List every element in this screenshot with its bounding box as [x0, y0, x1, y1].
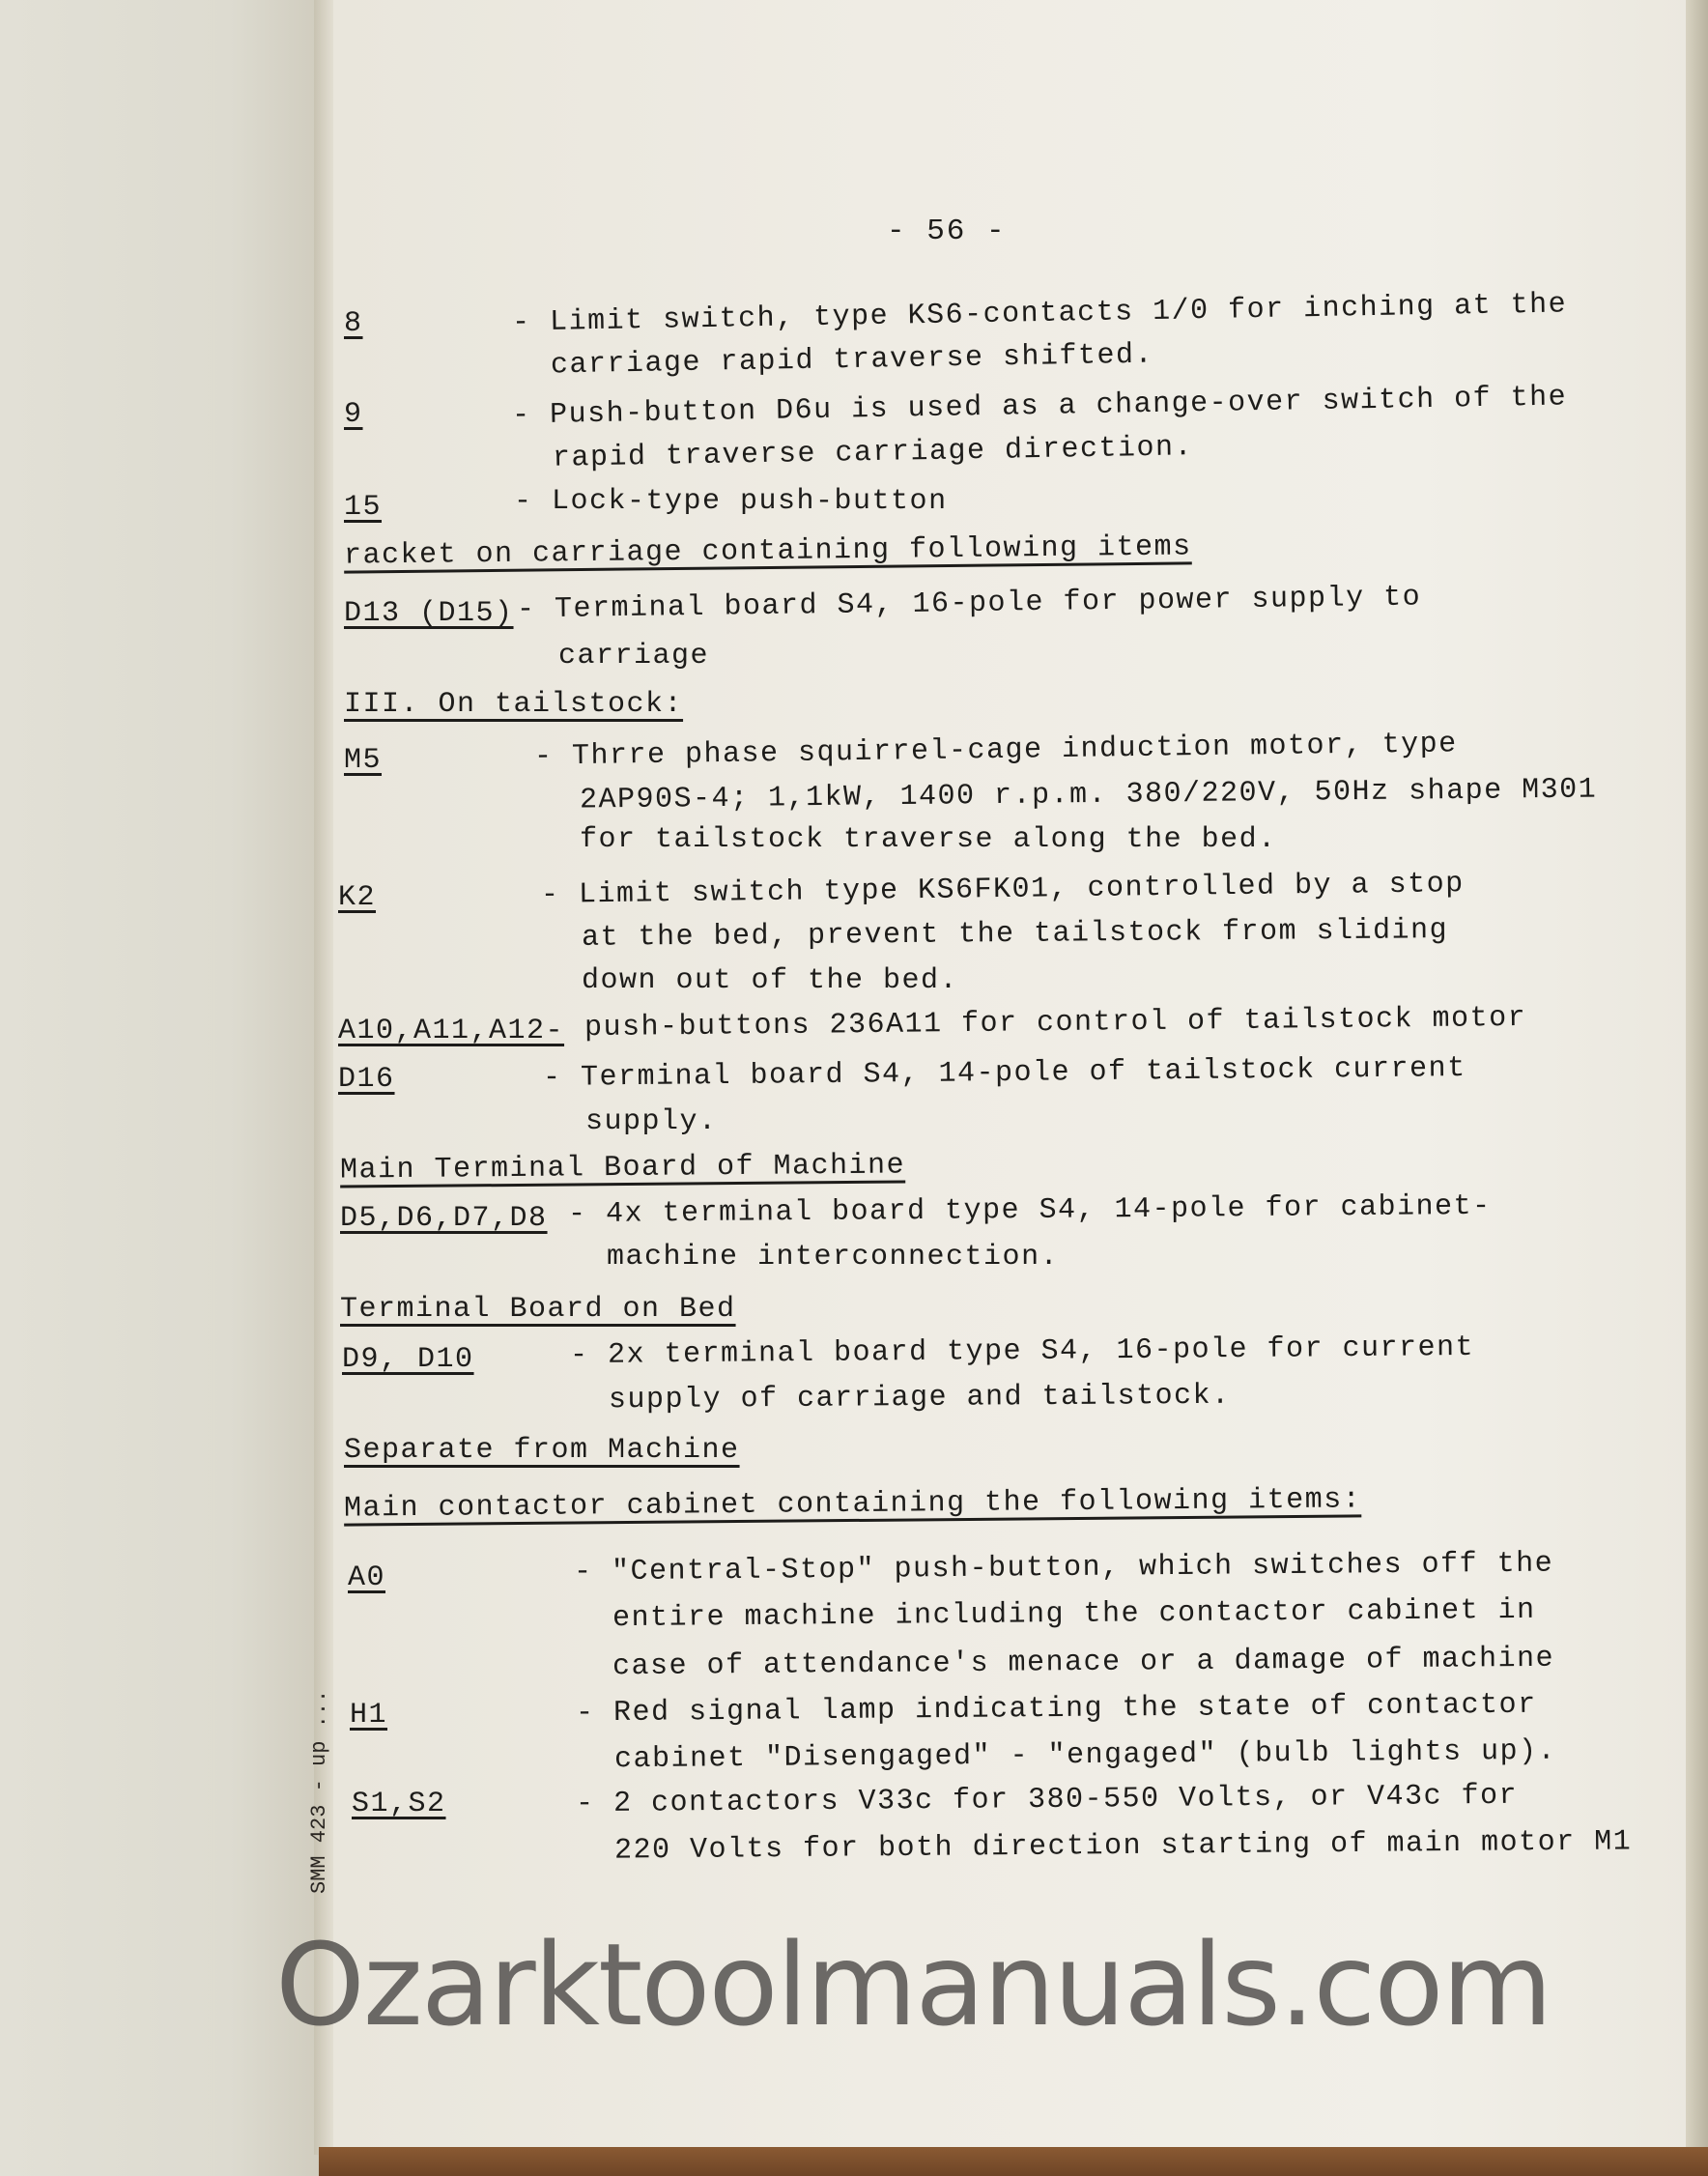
ref-label: K2: [338, 881, 376, 914]
ref-label: A0: [348, 1561, 385, 1594]
desk-surface: [319, 2147, 1708, 2176]
ref-label: S1,S2: [352, 1788, 446, 1820]
ref-label: H1: [350, 1699, 387, 1732]
page-number: - 56 -: [887, 215, 1007, 248]
page-edge: [1686, 0, 1708, 2155]
entry-text: supply.: [585, 1105, 718, 1138]
ref-label: 15: [344, 491, 382, 524]
ref-label: D5,D6,D7,D8: [340, 1202, 548, 1235]
ref-label: D9, D10: [342, 1343, 474, 1376]
section-heading: Separate from Machine: [344, 1434, 740, 1467]
ref-label: D16: [338, 1063, 395, 1096]
ref-label: D13 (D15): [344, 597, 514, 630]
margin-note: SMM 423 - up ...: [307, 1690, 331, 1894]
entry-text: for tailstock traverse along the bed.: [580, 823, 1277, 856]
entry-text: down out of the bed.: [582, 964, 958, 997]
entry-text: - Lock-type push-button: [514, 485, 948, 518]
section-heading: III. On tailstock:: [344, 688, 683, 721]
ref-label: A10,A11,A12-: [338, 1015, 564, 1047]
left-page: [0, 0, 328, 2176]
ref-label: 9: [344, 398, 363, 431]
entry-text: carriage: [558, 640, 709, 673]
ref-label: M5: [344, 744, 382, 777]
entry-text: machine interconnection.: [607, 1241, 1059, 1274]
section-heading: Terminal Board on Bed: [340, 1293, 736, 1326]
section-heading: Main Terminal Board of Machine: [340, 1149, 905, 1187]
entry-text: supply of carriage and tailstock.: [609, 1380, 1231, 1417]
ref-label: 8: [344, 307, 363, 340]
watermark: Ozarktoolmanuals.com: [275, 1918, 1551, 2051]
